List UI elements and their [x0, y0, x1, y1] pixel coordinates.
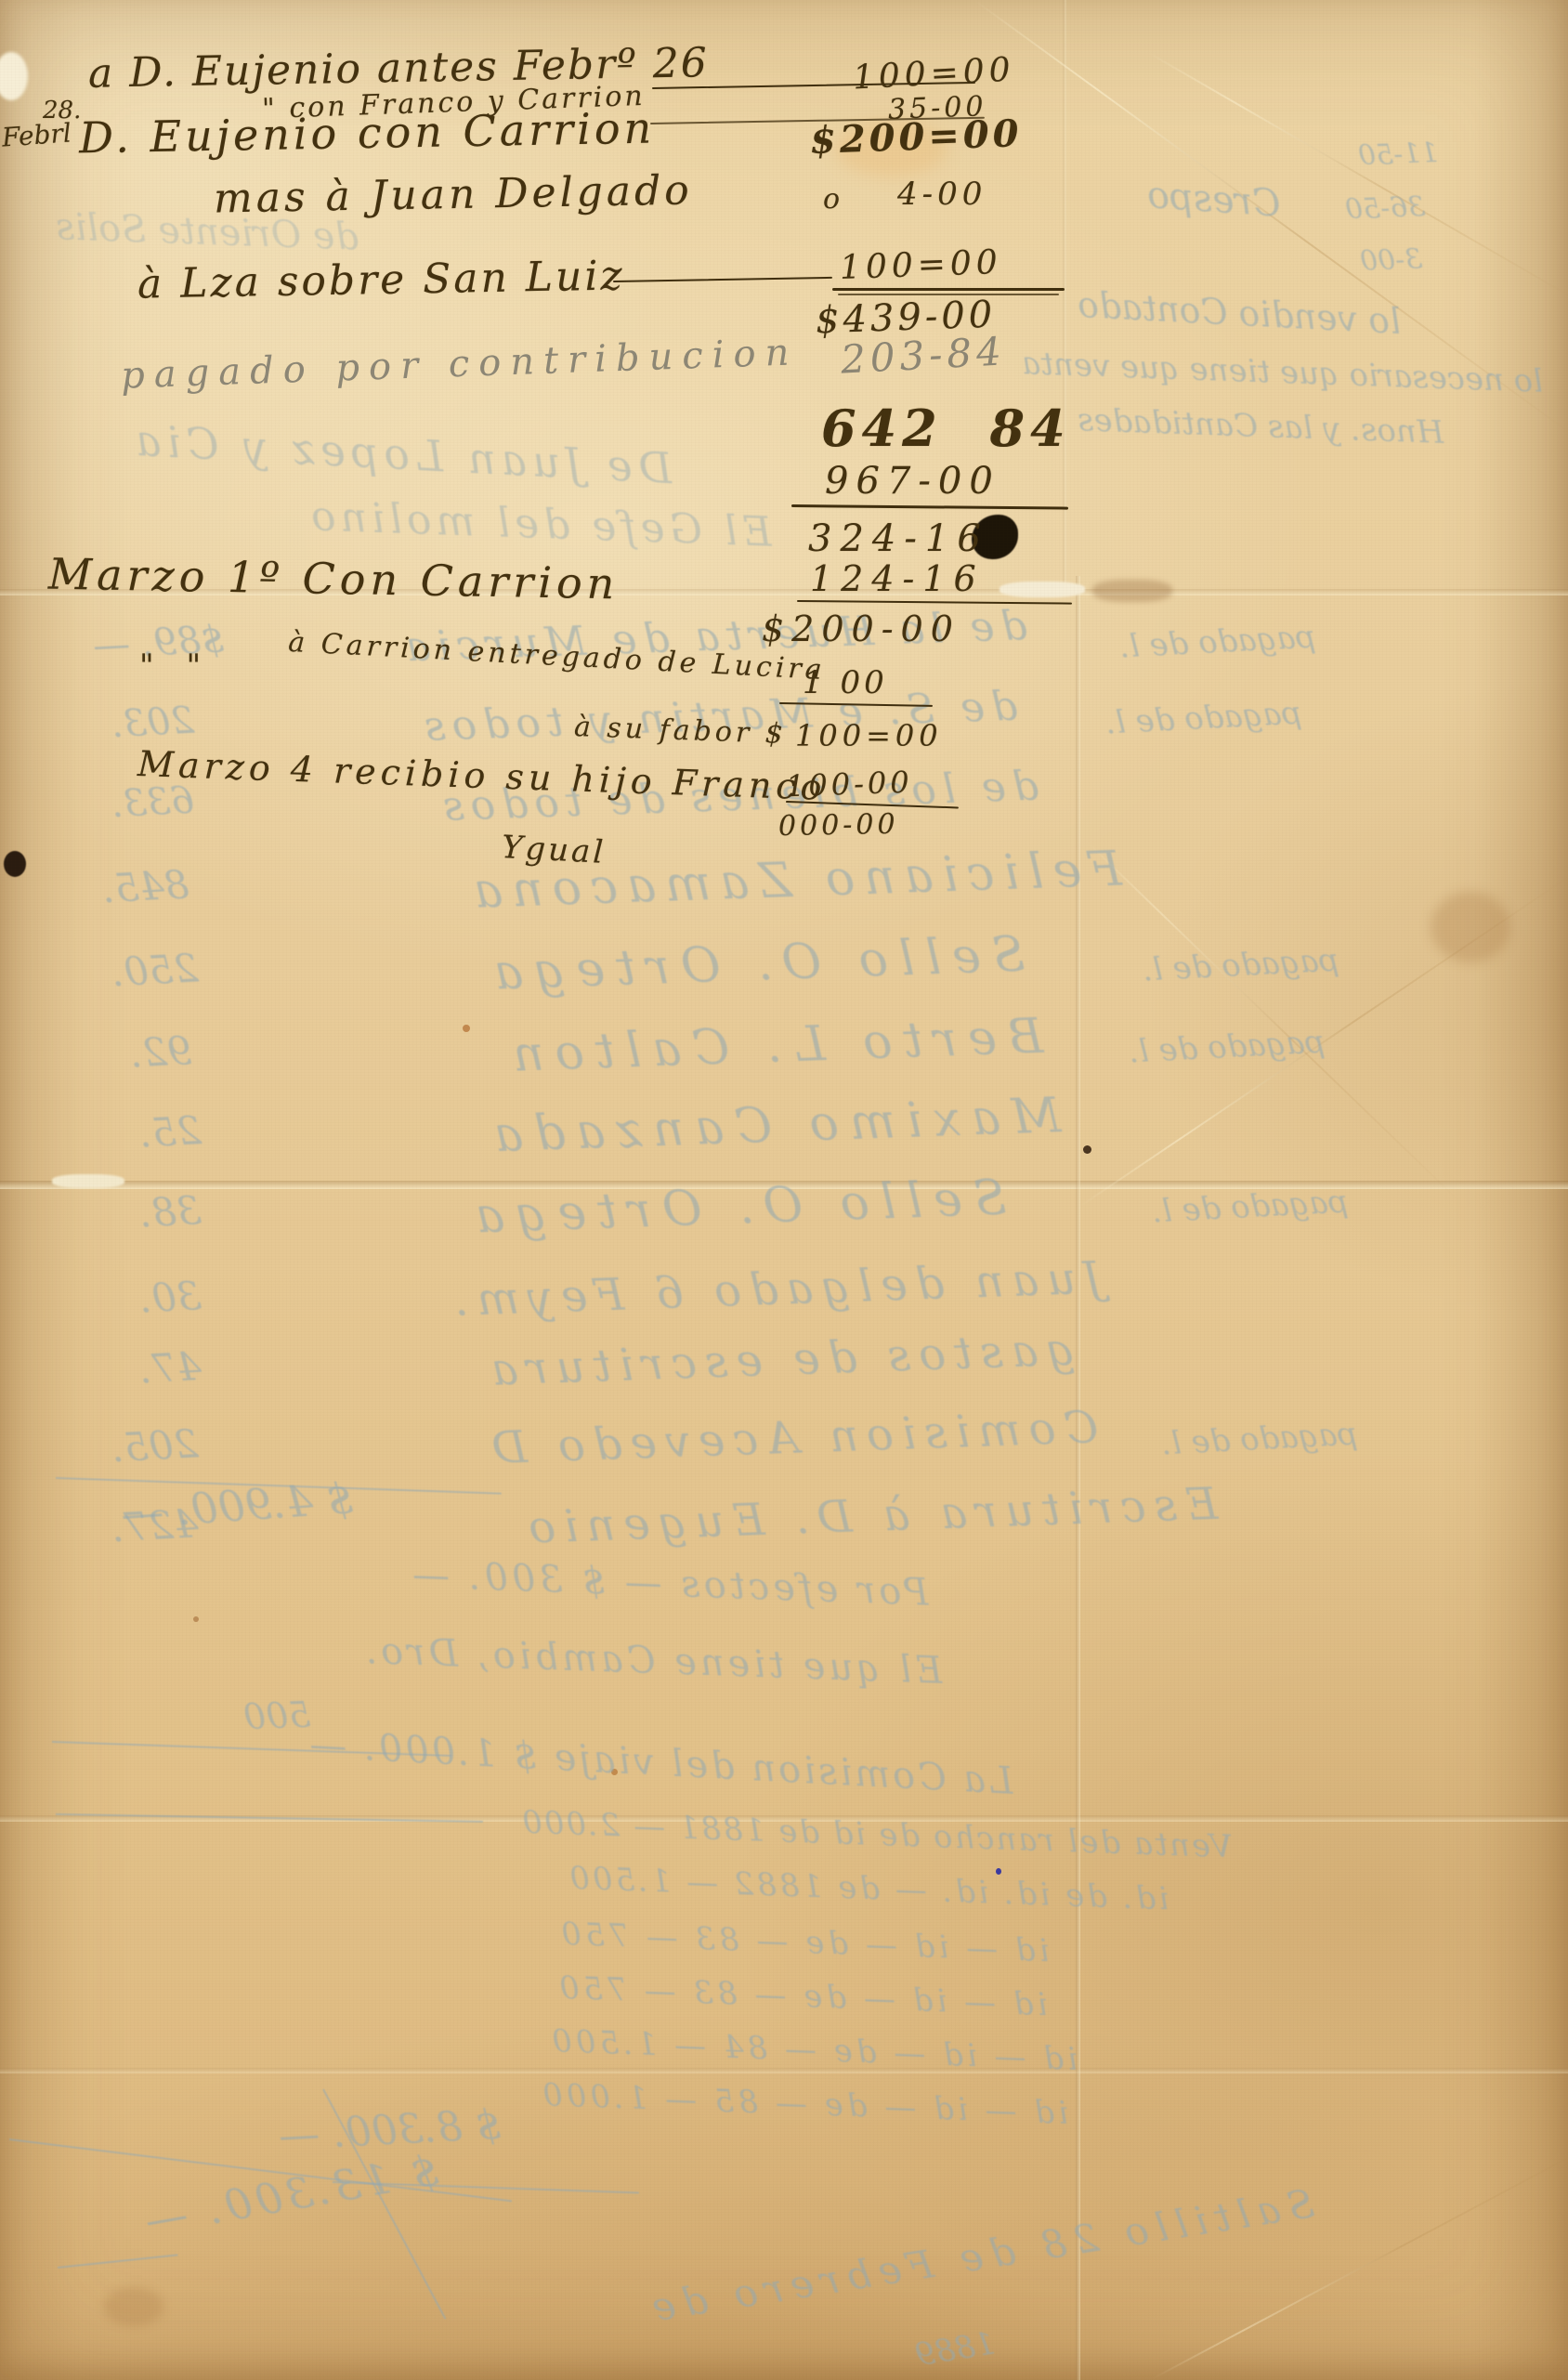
ink-amount: 100=00 — [839, 246, 1002, 285]
ink-amount: 4-00 — [897, 178, 987, 210]
ink-entry-juan-delgado: mas à Juan Delgado — [214, 171, 693, 220]
margin-note-month: Febrl — [1, 120, 72, 150]
bleedthrough-ledger-amount: 47. — [138, 1347, 203, 1389]
ink-ygual: Ygual — [501, 831, 607, 869]
ink-entry-san-luiz: à Lza sobre San Luiz — [137, 255, 625, 305]
bleedthrough-pagado-marker: pagado de l. — [1128, 1026, 1326, 1067]
ink-amount: 100=00 — [795, 721, 943, 751]
ink-amount: 100=00 — [852, 53, 1015, 95]
bleedthrough-ledger-amount: 633. — [111, 782, 195, 824]
ink-total-rule — [832, 288, 1065, 291]
bleedthrough-pagado-marker: pagado de l. — [1151, 1185, 1349, 1227]
bleedthrough-ledger-amount: 845. — [101, 866, 190, 909]
ink-ditto-marks: " " — [139, 650, 212, 682]
ink-calc-124: 124-16 — [810, 561, 985, 596]
ink-ditto-mark: o — [823, 186, 840, 214]
ink-sum-200: $200-00 — [762, 611, 960, 647]
bleedthrough-ledger-amount: 25. — [138, 1111, 203, 1153]
bleedthrough-amount: 11-50 — [1358, 140, 1439, 171]
ink-sum-439: $439-00 — [815, 296, 996, 340]
ink-calc-642-84: 642 84 — [821, 403, 1071, 453]
bleedthrough-ledger-amount: 92. — [129, 1031, 193, 1073]
bleedthrough-pagado-marker: pagado de l. — [1160, 1418, 1358, 1459]
bleedthrough-pagado-marker: pagado de l. — [1142, 944, 1339, 986]
ink-calc-324: 324-16 — [808, 520, 989, 557]
ink-amount: 100-00 — [785, 767, 913, 802]
bleedthrough-sum-years: $ 8.300. — — [278, 2105, 503, 2157]
bleedthrough-pagado-marker: pagado de l. — [1104, 697, 1302, 739]
ink-entry-fabor: à su fabor $ — [574, 713, 788, 749]
bleedthrough-ledger-amount: 250. — [111, 949, 200, 993]
ink-amount: $200=00 — [809, 115, 1023, 160]
bleedthrough-amount: 3-00 — [1359, 246, 1422, 276]
ink-amount: 1 00 — [803, 667, 888, 699]
ink-entry-marzo1: Marzo 1º Con Carrion — [48, 553, 620, 606]
bleedthrough-line: Crespo — [1146, 177, 1282, 223]
bleedthrough-ledger-amount: 203. — [111, 702, 195, 744]
bleedthrough-pagado-marker: pagado de l. — [1118, 621, 1316, 662]
bleedthrough-amount: 500 — [242, 1697, 311, 1735]
ink-calc-967: 967-00 — [825, 463, 1000, 500]
bleedthrough-amount: 36-50 — [1345, 194, 1426, 225]
ink-zeros: 000-00 — [778, 811, 899, 841]
bleedthrough-ledger-amount: 30. — [138, 1276, 203, 1318]
bleedthrough-ledger-amount: 38. — [138, 1191, 203, 1233]
ink-entry-eujenio-con-carrion: D. Eujenio con Carrion — [79, 107, 656, 160]
bleedthrough-ledger-amount: 205. — [111, 1425, 200, 1469]
